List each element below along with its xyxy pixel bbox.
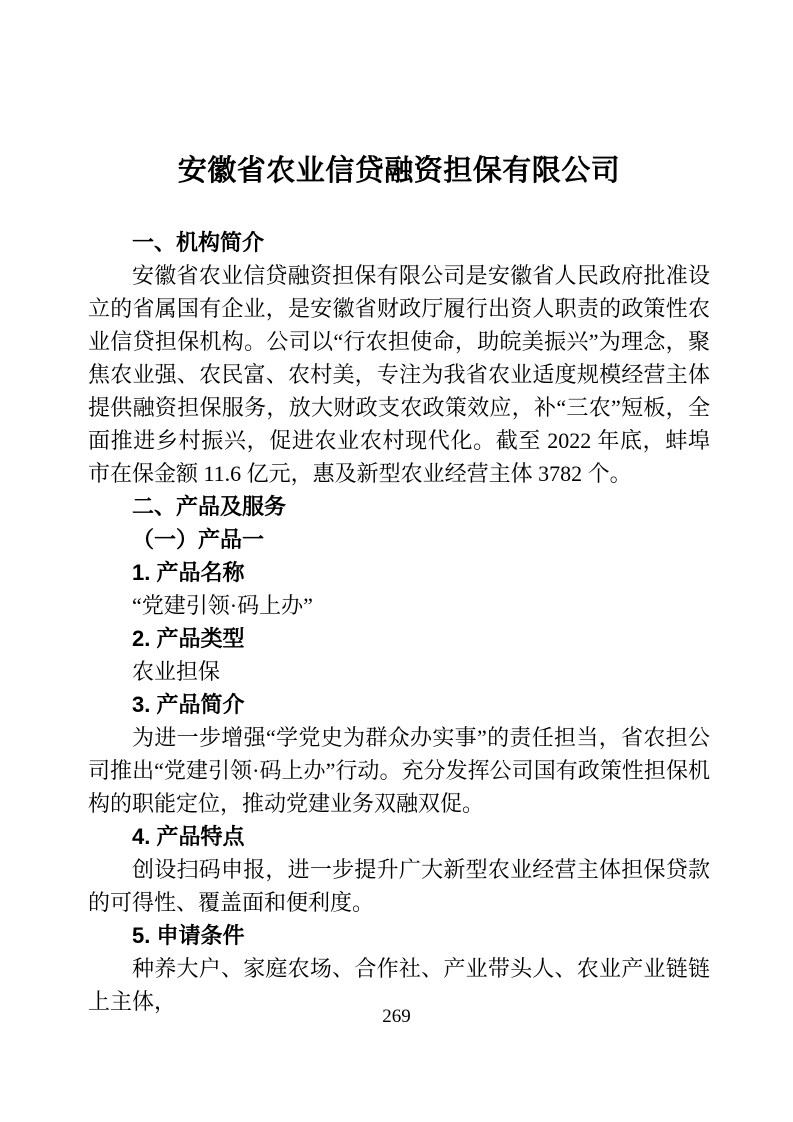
document-title: 安徽省农业信贷融资担保有限公司 (88, 150, 710, 192)
heading-product-type: 2. 产品类型 (88, 622, 710, 655)
page-number: 269 (0, 1006, 793, 1028)
heading-org-intro: 一、机构简介 (88, 226, 710, 259)
heading-product-one: （一）产品一 (88, 523, 710, 556)
heading-product-name: 1. 产品名称 (88, 556, 710, 589)
heading-products-services: 二、产品及服务 (88, 490, 710, 523)
org-intro-paragraph: 安徽省农业信贷融资担保有限公司是安徽省人民政府批准设立的省属国有企业，是安徽省财… (88, 259, 710, 490)
heading-product-intro: 3. 产品简介 (88, 688, 710, 721)
product-intro-paragraph: 为进一步增强“学党史为群众办实事”的责任担当，省农担公司推出“党建引领·码上办”… (88, 721, 710, 820)
heading-product-features: 4. 产品特点 (88, 820, 710, 853)
product-features-paragraph: 创设扫码申报，进一步提升广大新型农业经营主体担保贷款的可得性、覆盖面和便利度。 (88, 853, 710, 919)
heading-application-conditions: 5. 申请条件 (88, 919, 710, 952)
document-page: 安徽省农业信贷融资担保有限公司 一、机构简介 安徽省农业信贷融资担保有限公司是安… (0, 0, 793, 1122)
product-name-value: “党建引领·码上办” (88, 589, 710, 622)
product-type-value: 农业担保 (88, 655, 710, 688)
